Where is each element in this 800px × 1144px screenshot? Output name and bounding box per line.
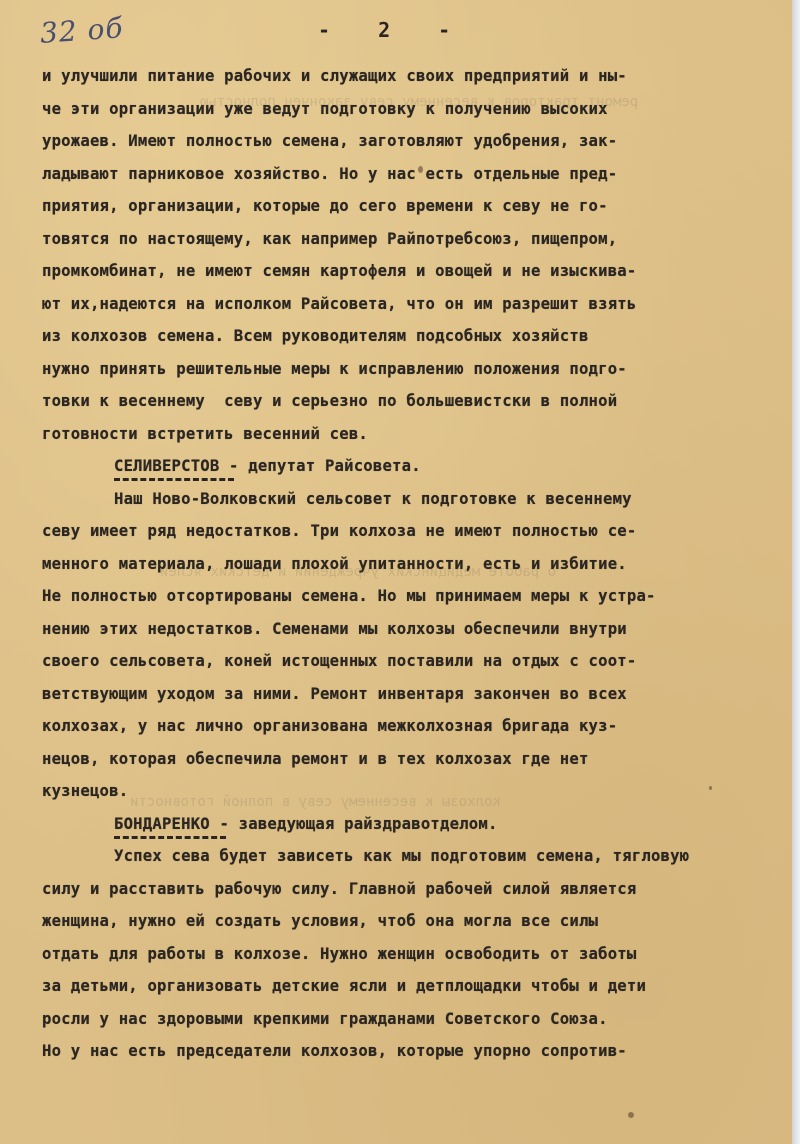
text-line: товятся по настоящему, как например Райп…: [42, 223, 792, 256]
text-line: из колхозов семена. Всем руководителям п…: [42, 320, 792, 353]
text-line: приятия, организации, которые до сего вр…: [42, 190, 792, 223]
text-line: своего сельсовета, коней истощенных пост…: [42, 645, 792, 678]
archive-folio-note: 32 об: [39, 11, 125, 50]
document-page: ремонт тракторов к весеннему севу законч…: [0, 0, 792, 1144]
speaker-heading: СЕЛИВЕРСТОВ - депутат Райсовета.: [42, 450, 792, 483]
text-line: нужно принять решительные меры к исправл…: [42, 353, 792, 386]
ink-speck: [628, 1112, 634, 1118]
text-line: нению этих недостатков. Семенами мы колх…: [42, 613, 792, 646]
text-line: готовности встретить весенний сев.: [42, 418, 792, 451]
text-line: ладывают парниковое хозяйство. Но у нас …: [42, 158, 792, 191]
speaker-name-underline: [114, 833, 226, 839]
text-line: Наш Ново-Волковский сельсовет к подготов…: [42, 483, 792, 516]
speaker-name-underline: [114, 475, 234, 481]
text-line: ют их,надеются на исполком Райсовета, чт…: [42, 288, 792, 321]
speaker-heading: БОНДАРЕНКО - заведующая райздравотделом.: [42, 808, 792, 841]
document-body: и улучшили питание рабочих и служащих св…: [42, 60, 792, 1068]
text-line: за детьми, организовать детские ясли и д…: [42, 970, 792, 1003]
ink-speck: [709, 786, 712, 790]
text-line: че эти организации уже ведут подготовку …: [42, 93, 792, 126]
text-line: колхозах, у нас лично организована межко…: [42, 710, 792, 743]
text-line: росли у нас здоровыми крепкими гражданам…: [42, 1003, 792, 1036]
scan-edge: [792, 0, 800, 1144]
page-number: - 2 -: [318, 18, 450, 42]
text-line: товки к весеннему севу и серьезно по бол…: [42, 385, 792, 418]
text-line: и улучшили питание рабочих и служащих св…: [42, 60, 792, 93]
text-line: Успех сева будет зависеть как мы подгото…: [42, 840, 792, 873]
text-line: промкомбинат, не имеют семян картофеля и…: [42, 255, 792, 288]
text-line: отдать для работы в колхозе. Нужно женщи…: [42, 938, 792, 971]
text-line: силу и расставить рабочую силу. Главной …: [42, 873, 792, 906]
text-line: женщина, нужно ей создать условия, чтоб …: [42, 905, 792, 938]
text-line: севу имеет ряд недостатков. Три колхоза …: [42, 515, 792, 548]
text-line: ветствующим уходом за ними. Ремонт инвен…: [42, 678, 792, 711]
text-line: Не полностью отсортированы семена. Но мы…: [42, 580, 792, 613]
text-line: менного материала, лошади плохой упитанн…: [42, 548, 792, 581]
text-line: урожаев. Имеют полностью семена, заготов…: [42, 125, 792, 158]
ink-speck: [418, 166, 423, 173]
text-line: нецов, которая обеспечила ремонт и в тех…: [42, 743, 792, 776]
text-line: Но у нас есть председатели колхозов, кот…: [42, 1035, 792, 1068]
text-line: кузнецов.: [42, 775, 792, 808]
